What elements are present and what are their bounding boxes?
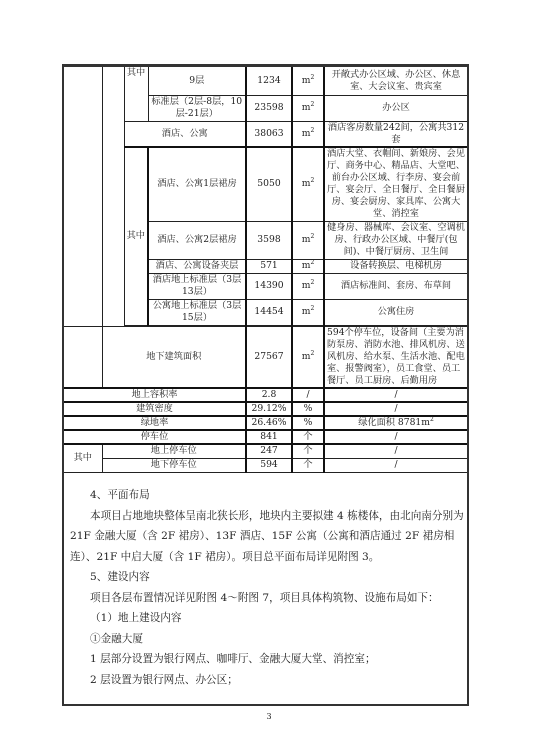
table-row: 其中 地上停车位 247 个 / [64,444,467,458]
row-unit: m2 [292,273,324,299]
blank-cell [64,67,102,326]
row-label: 地下建筑面积 [102,326,246,388]
row-desc: / [324,430,467,444]
row-value: 38063 [246,121,292,147]
row-label: 绿地率 [64,416,246,430]
row-value: 2.8 [246,388,292,402]
table-row: 地上容积率 2.8 / / [64,388,467,402]
row-label: 酒店、公寓设备夹层 [148,259,246,273]
line-floor1: 1 层部分设置为银行网点、咖啡厅、金融大厦大堂、消控室； [70,649,464,670]
row-value: 14390 [246,273,292,299]
row-unit: m2 [292,326,324,388]
row-unit: 个 [292,444,324,458]
paragraph-construction: 项目各层布置情况详见附图 4～附图 7，项目具体构筑物、设施布局如下： [70,588,464,609]
row-unit: m2 [292,121,324,147]
section-heading-construction: 5、建设内容 [70,567,464,588]
row-label: 酒店、公寓2层裙房 [148,221,246,259]
page-frame: 其中 9层 1234 m2 开敞式办公区域、办公区、休息室、大会议室、贵宾室 标… [62,64,469,706]
table-row: 建筑密度 29.12% % / [64,402,467,416]
row-label: 标准层（2层-8层，10层-21层） [148,95,246,121]
row-unit: m2 [292,221,324,259]
row-value: 26.46% [246,416,292,430]
body-text: 4、平面布局 本项目占地地块整体呈南北狭长形，地块内主要拟建 4 栋楼体，由北向… [70,485,464,690]
row-desc: / [324,402,467,416]
row-value: 841 [246,430,292,444]
row-desc: 绿化面积 8781m2 [324,416,467,430]
page-number: 3 [0,712,538,721]
group-label: 其中 [124,147,148,325]
group-label: 其中 [124,67,148,121]
row-desc: 酒店标准间、套房、布草间 [324,273,467,299]
group-label: 其中 [64,444,102,472]
table-row: 地下停车位 594 个 / [64,458,467,472]
row-value: 5050 [246,147,292,221]
row-unit: % [292,402,324,416]
row-label: 9层 [148,67,246,95]
item-financial-tower: ①金融大厦 [70,629,464,650]
row-label: 建筑密度 [64,402,246,416]
building-area-table: 其中 9层 1234 m2 开敞式办公区域、办公区、休息室、大会议室、贵宾室 标… [64,67,467,473]
row-value: 27567 [246,326,292,388]
row-label: 酒店、公寓1层裙房 [148,147,246,221]
row-unit: m2 [292,67,324,95]
row-label: 公寓地上标准层（3层15层） [148,299,246,325]
row-label: 地上容积率 [64,388,246,402]
row-desc: / [324,458,467,472]
table-row: 绿地率 26.46% % 绿化面积 8781m2 [64,416,467,430]
row-value: 594 [246,458,292,472]
row-value: 1234 [246,67,292,95]
row-unit: / [292,388,324,402]
row-desc: 公寓住房 [324,299,467,325]
blank-cell [64,326,102,388]
row-value: 247 [246,444,292,458]
table-row: 酒店、公寓 38063 m2 酒店客房数量242间，公寓共312套 [64,121,467,147]
row-desc: 594个停车位，设备间（主要为消防泵房、消防水池、排风机房、送风机房、给水泵、生… [324,326,467,388]
row-desc: 酒店大堂、衣帽间、新娘房、会见厅、商务中心、精品店、大堂吧、前台办公区域、行李房… [324,147,467,221]
row-desc: 设备转换层、电梯机房 [324,259,467,273]
row-desc: 开敞式办公区域、办公区、休息室、大会议室、贵宾室 [324,67,467,95]
row-value: 23598 [246,95,292,121]
row-value: 571 [246,259,292,273]
section-heading-layout: 4、平面布局 [70,485,464,506]
row-label: 酒店地上标准层（3层13层） [148,273,246,299]
row-unit: m2 [292,299,324,325]
row-label: 地下停车位 [102,458,246,472]
table-row: 地下建筑面积 27567 m2 594个停车位，设备间（主要为消防泵房、消防水池… [64,326,467,388]
row-label: 地上停车位 [102,444,246,458]
table-row: 其中 酒店、公寓1层裙房 5050 m2 酒店大堂、衣帽间、新娘房、会见厅、商务… [64,147,467,221]
table-row: 其中 9层 1234 m2 开敞式办公区域、办公区、休息室、大会议室、贵宾室 [64,67,467,95]
row-desc: 酒店客房数量242间，公寓共312套 [324,121,467,147]
row-desc: 办公区 [324,95,467,121]
row-unit: 个 [292,458,324,472]
row-unit: m2 [292,259,324,273]
row-desc: 健身房、器械库、会议室、空调机房、行政办公区域、中餐厅(包间)、中餐厅厨房、卫生… [324,221,467,259]
table-row: 停车位 841 个 / [64,430,467,444]
paragraph-layout: 本项目占地地块整体呈南北狭长形，地块内主要拟建 4 栋楼体，由北向南分别为 21… [70,506,464,568]
row-value: 14454 [246,299,292,325]
row-label: 停车位 [64,430,246,444]
row-desc: / [324,444,467,458]
row-unit: m2 [292,95,324,121]
row-unit: 个 [292,430,324,444]
row-label: 酒店、公寓 [124,121,246,147]
line-floor2: 2 层设置为银行网点、办公区； [70,670,464,691]
subheading-above-ground: （1）地上建设内容 [70,608,464,629]
blank-cell [102,67,124,326]
row-desc: / [324,388,467,402]
row-unit: % [292,416,324,430]
row-value: 3598 [246,221,292,259]
row-unit: m2 [292,147,324,221]
row-value: 29.12% [246,402,292,416]
